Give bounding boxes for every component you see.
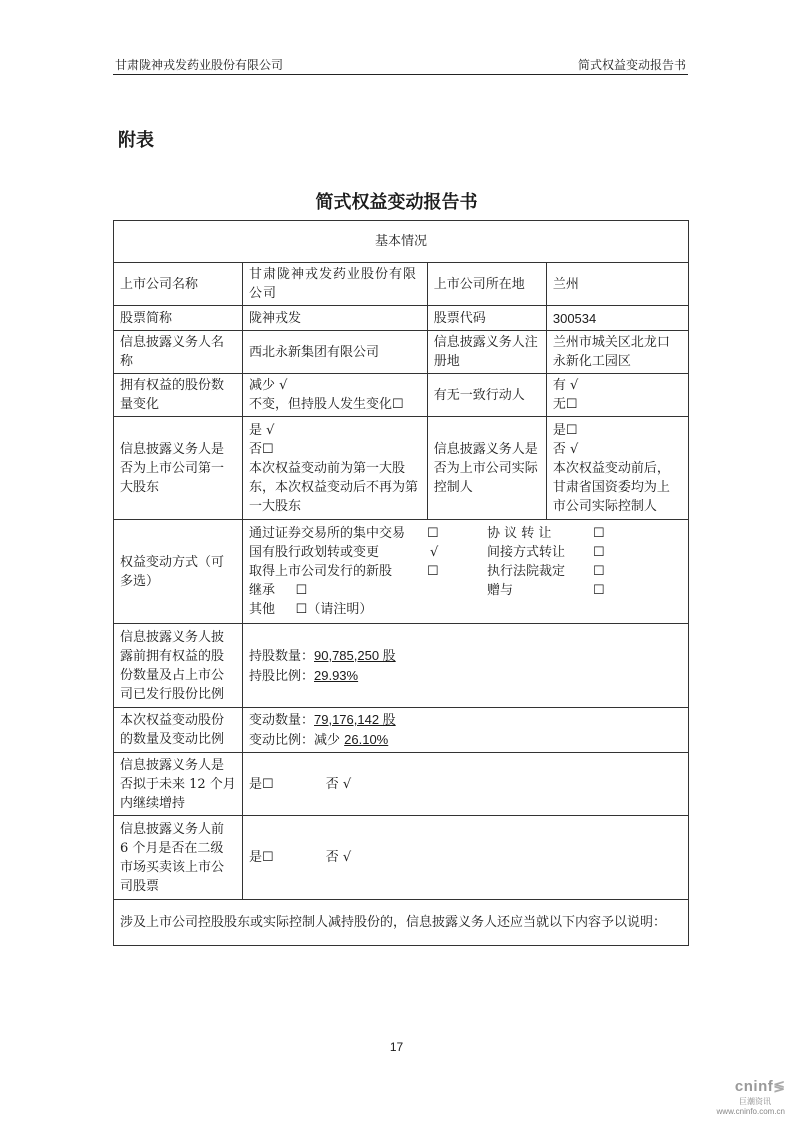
change-qty-label: 变动数量： bbox=[249, 713, 314, 728]
controller-no: 否 √ bbox=[553, 440, 682, 459]
header-company: 甘肃陇神戎发药业股份有限公司 bbox=[115, 56, 283, 73]
controller-note: 本次权益变动前后，甘肃省国资委均为上市公司实际控制人 bbox=[553, 459, 682, 516]
cninfo-url: www.cninfo.com.cn bbox=[717, 1107, 785, 1116]
concert-yes: 有 √ bbox=[553, 376, 682, 395]
method-other: 其他 ☐（请注明） bbox=[249, 600, 487, 619]
company-location-value: 兰州 bbox=[546, 263, 688, 306]
past-trade-yes: 是☐ bbox=[249, 850, 274, 865]
discloser-reg-value: 兰州市城关区北龙口永新化工园区 bbox=[546, 331, 688, 374]
change-qty-value: 79,176,142 股 bbox=[314, 712, 396, 727]
change-method-options: 通过证券交易所的集中交易 ☐ 协 议 转 让 ☐ 国有股行政划转或变更 √ 间接… bbox=[242, 520, 688, 624]
method-gift: 赠与 bbox=[487, 581, 593, 600]
method-gift-mark: ☐ bbox=[593, 581, 633, 600]
footer-note: 涉及上市公司控股股东或实际控制人减持股份的，信息披露义务人还应当就以下内容予以说… bbox=[114, 900, 689, 946]
largest-holder-note: 本次权益变动前为第一大股东，本次权益变动后不再为第一大股东 bbox=[249, 459, 421, 516]
method-state-transfer-mark: √ bbox=[427, 543, 487, 562]
method-agreement-transfer-mark: ☐ bbox=[593, 524, 633, 543]
controller-options: 是☐ 否 √ 本次权益变动前后，甘肃省国资委均为上市公司实际控制人 bbox=[546, 417, 688, 520]
company-name-value: 甘肃陇神戎发药业股份有限公司 bbox=[242, 263, 427, 306]
share-change-label: 拥有权益的股份数量变化 bbox=[114, 374, 243, 417]
cninfo-watermark: cninf≶ 巨潮资讯 www.cninfo.com.cn bbox=[717, 1078, 785, 1116]
share-change-unchanged: 不变，但持股人发生变化☐ bbox=[249, 395, 421, 414]
method-centralized-trading: 通过证券交易所的集中交易 bbox=[249, 524, 427, 543]
method-agreement-transfer: 协 议 转 让 bbox=[487, 524, 593, 543]
basic-info-heading: 基本情况 bbox=[114, 221, 689, 263]
cninfo-logo-text: cninf bbox=[735, 1078, 773, 1095]
concert-options: 有 √ 无☐ bbox=[546, 374, 688, 417]
pre-holding-qty-label: 持股数量： bbox=[249, 649, 314, 664]
method-centralized-trading-mark: ☐ bbox=[427, 524, 487, 543]
company-location-label: 上市公司所在地 bbox=[427, 263, 546, 306]
change-ratio-prefix: 减少 bbox=[314, 733, 344, 748]
change-ratio-value: 26.10% bbox=[344, 732, 388, 747]
concert-no: 无☐ bbox=[553, 395, 682, 414]
controller-label: 信息披露义务人是否为上市公司实际控制人 bbox=[427, 417, 546, 520]
pre-holding-ratio-value: 29.93% bbox=[314, 668, 358, 683]
method-court-ruling: 执行法院裁定 bbox=[487, 562, 593, 581]
method-inheritance: 继承 ☐ bbox=[249, 581, 427, 600]
future-increase-label: 信息披露义务人是否拟于未来 12 个月内继续增持 bbox=[114, 753, 243, 816]
change-qty-values: 变动数量：79,176,142 股 变动比例：减少 26.10% bbox=[242, 708, 688, 753]
future-increase-options: 是☐ 否 √ bbox=[242, 753, 688, 816]
document-title: 简式权益变动报告书 bbox=[0, 188, 793, 214]
section-title: 附表 bbox=[118, 126, 154, 152]
pre-holding-ratio-label: 持股比例： bbox=[249, 669, 314, 684]
equity-change-table: 基本情况 上市公司名称 甘肃陇神戎发药业股份有限公司 上市公司所在地 兰州 股票… bbox=[113, 220, 689, 946]
change-ratio-label: 变动比例： bbox=[249, 733, 314, 748]
method-new-shares: 取得上市公司发行的新股 bbox=[249, 562, 427, 581]
method-indirect-transfer: 间接方式转让 bbox=[487, 543, 593, 562]
stock-code-value: 300534 bbox=[546, 306, 688, 331]
page-header: 甘肃陇神戎发药业股份有限公司 简式权益变动报告书 bbox=[113, 56, 688, 75]
largest-holder-label: 信息披露义务人是否为上市公司第一大股东 bbox=[114, 417, 243, 520]
cninfo-cn-name: 巨潮资讯 bbox=[717, 1096, 771, 1107]
method-inheritance-mark: ☐ bbox=[296, 583, 308, 598]
future-increase-no: 否 √ bbox=[326, 777, 351, 792]
discloser-reg-label: 信息披露义务人注册地 bbox=[427, 331, 546, 374]
discloser-name-value: 西北永新集团有限公司 bbox=[242, 331, 427, 374]
past-trade-no: 否 √ bbox=[326, 850, 351, 865]
stock-short-name-value: 陇神戎发 bbox=[242, 306, 427, 331]
share-change-options: 减少 √ 不变，但持股人发生变化☐ bbox=[242, 374, 427, 417]
header-doc-name: 简式权益变动报告书 bbox=[578, 56, 686, 73]
change-qty-row-label: 本次权益变动股份的数量及变动比例 bbox=[114, 708, 243, 753]
stock-short-name-label: 股票简称 bbox=[114, 306, 243, 331]
past-trade-options: 是☐ 否 √ bbox=[242, 816, 688, 900]
method-new-shares-mark: ☐ bbox=[427, 562, 487, 581]
stock-code-label: 股票代码 bbox=[427, 306, 546, 331]
pre-holding-label: 信息披露义务人披露前拥有权益的股份数量及占上市公司已发行股份比例 bbox=[114, 624, 243, 708]
method-state-transfer: 国有股行政划转或变更 bbox=[249, 543, 427, 562]
method-other-mark: ☐（请注明） bbox=[296, 602, 373, 617]
pre-holding-values: 持股数量：90,785,250 股 持股比例：29.93% bbox=[242, 624, 688, 708]
largest-holder-no: 否☐ bbox=[249, 440, 421, 459]
past-trade-label: 信息披露义务人前 6 个月是否在二级市场买卖该上市公司股票 bbox=[114, 816, 243, 900]
controller-yes: 是☐ bbox=[553, 421, 682, 440]
future-increase-yes: 是☐ bbox=[249, 777, 274, 792]
cninfo-logo-icon: ≶ bbox=[773, 1078, 785, 1094]
pre-holding-qty-value: 90,785,250 股 bbox=[314, 648, 396, 663]
discloser-name-label: 信息披露义务人名称 bbox=[114, 331, 243, 374]
change-method-label: 权益变动方式（可多选） bbox=[114, 520, 243, 624]
concert-label: 有无一致行动人 bbox=[427, 374, 546, 417]
method-indirect-transfer-mark: ☐ bbox=[593, 543, 633, 562]
largest-holder-yes: 是 √ bbox=[249, 421, 421, 440]
page-number: 17 bbox=[0, 1040, 793, 1054]
share-change-decrease: 减少 √ bbox=[249, 376, 421, 395]
company-name-label: 上市公司名称 bbox=[114, 263, 243, 306]
largest-holder-options: 是 √ 否☐ 本次权益变动前为第一大股东，本次权益变动后不再为第一大股东 bbox=[242, 417, 427, 520]
method-court-ruling-mark: ☐ bbox=[593, 562, 633, 581]
